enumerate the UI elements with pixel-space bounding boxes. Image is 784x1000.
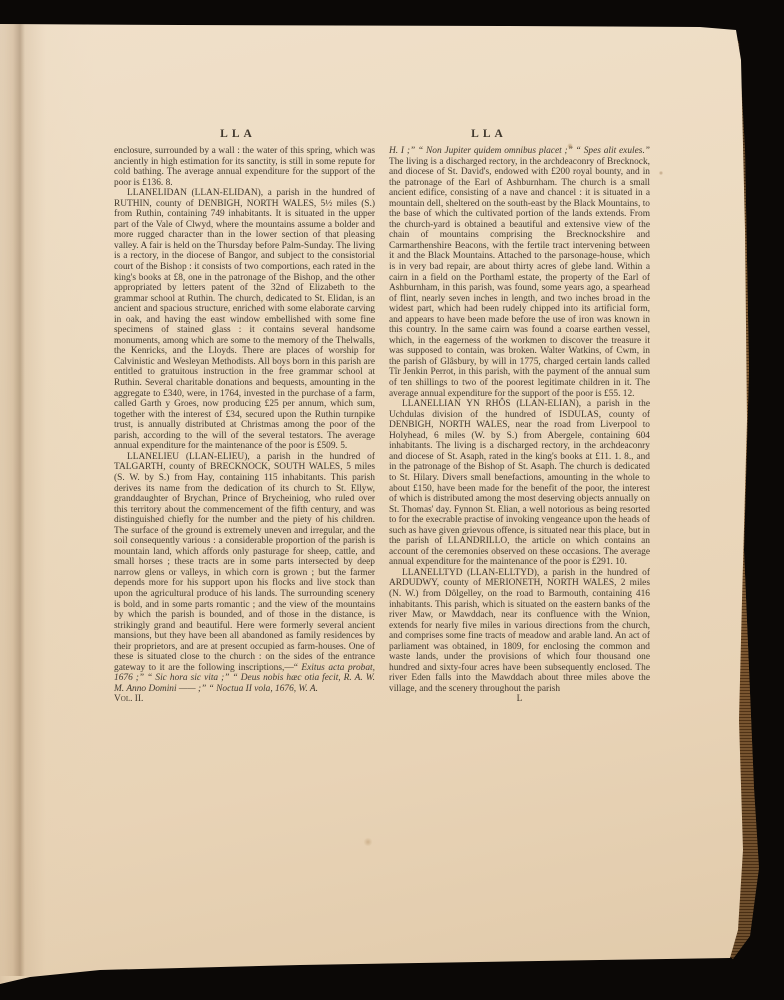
signature-mark: L xyxy=(389,694,650,705)
paragraph-llanellian-yn-rhos: LLANELLIAN YN RHÔS (LLAN-ELIAN), a paris… xyxy=(389,399,650,568)
volume-footer: Vol. II. xyxy=(114,694,375,705)
paragraph-llanelieu: LLANELIEU (LLAN-ELIEU), a parish in the … xyxy=(114,452,375,695)
running-head-left: LLA xyxy=(114,128,362,140)
paragraph-llanelidan: LLANELIDAN (LLAN-ELIDAN), a parish in th… xyxy=(114,188,375,452)
paragraph-llanelltyd: LLANELLTYD (LLAN-ELLTYD), a parish in th… xyxy=(389,568,650,695)
text-column-left: enclosure, surrounded by a wall : the wa… xyxy=(114,146,375,705)
paragraph-continuation-spring: enclosure, surrounded by a wall : the wa… xyxy=(114,146,375,188)
photo-background: LLA LLA enclosure, surrounded by a wall … xyxy=(0,0,784,1000)
paragraph-continuation-body: The living is a discharged rectory, in t… xyxy=(389,157,650,399)
gutter-shadow xyxy=(0,24,100,976)
running-head-right: LLA xyxy=(389,128,589,140)
text-column-right: H. I ;” “ Non Jupiter quidem omnibus pla… xyxy=(389,146,650,705)
paragraph-continuation-llanelieu: H. I ;” “ Non Jupiter quidem omnibus pla… xyxy=(389,146,650,399)
book-page: LLA LLA enclosure, surrounded by a wall … xyxy=(0,0,784,1000)
paragraph-llanelieu-lead: LLANELIEU (LLAN-ELIEU), a parish in the … xyxy=(114,452,375,673)
paragraph-inscriptions-lead: H. I ;” “ Non Jupiter quidem omnibus pla… xyxy=(389,146,650,156)
